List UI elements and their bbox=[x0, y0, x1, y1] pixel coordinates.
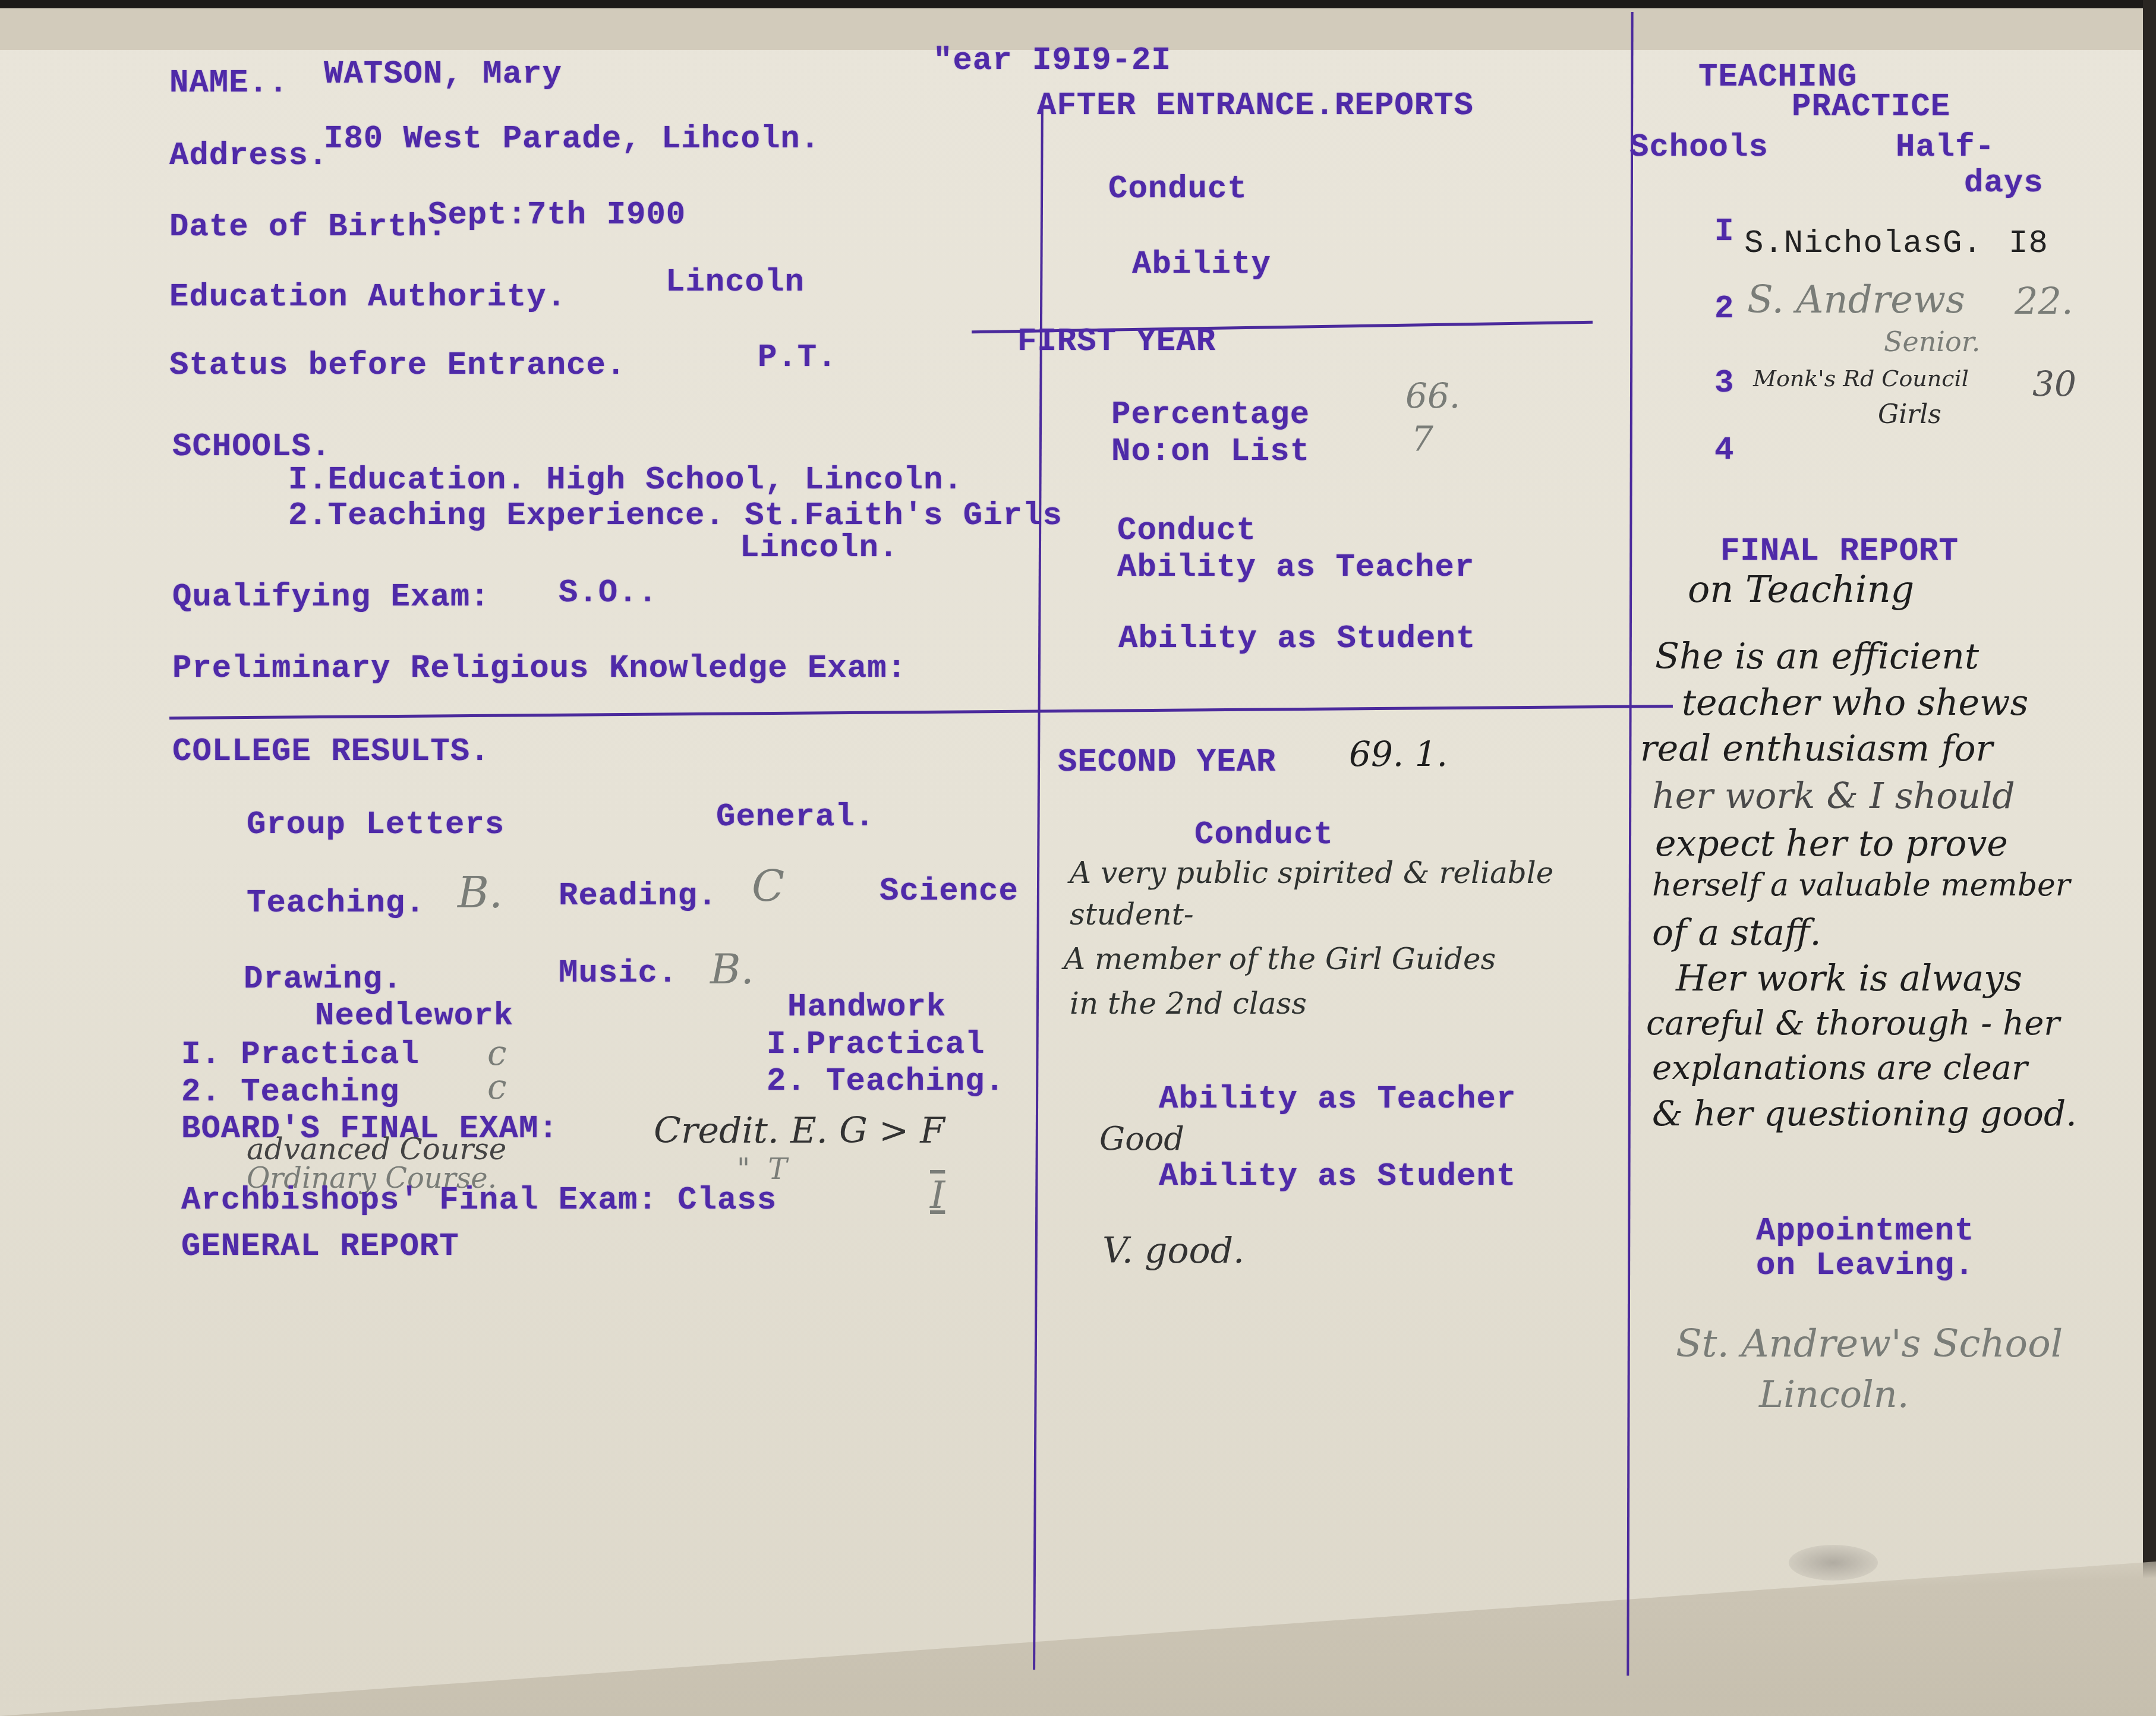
first-year-heading: FIRST YEAR bbox=[1017, 324, 1216, 360]
schools-column-label: Schools bbox=[1629, 130, 1769, 166]
group-letters-label: Group Letters bbox=[247, 807, 505, 843]
practice-row-1-school: S.NicholasG. bbox=[1744, 226, 1982, 262]
teaching-label: Teaching. bbox=[247, 885, 425, 922]
school-2-location: Lincoln. bbox=[740, 530, 899, 566]
photo-border-top bbox=[0, 0, 2156, 8]
needlework-teaching-grade: c bbox=[487, 1067, 506, 1107]
practice-row-4-num: 4 bbox=[1714, 433, 1734, 469]
first-year-student-label: Ability as Student bbox=[1118, 621, 1476, 657]
final-report-line: teacher who shews bbox=[1682, 682, 2028, 724]
name-value: WATSON, Mary bbox=[324, 56, 562, 93]
practice-row-1-num: I bbox=[1714, 214, 1734, 250]
final-report-line: She is an efficient bbox=[1655, 636, 1979, 677]
status-value: P.T. bbox=[758, 340, 837, 376]
handwork-label: Handwork bbox=[787, 989, 946, 1026]
needlework-practical-label: I. Practical bbox=[181, 1037, 420, 1073]
reading-label: Reading. bbox=[559, 878, 717, 914]
final-report-subheading: on Teaching bbox=[1688, 567, 1914, 611]
authority-value: Lincoln bbox=[666, 264, 805, 301]
prelim-religious-label: Preliminary Religious Knowledge Exam: bbox=[172, 651, 907, 687]
card-shadow bbox=[0, 1562, 2156, 1716]
practice-row-3-school: Monk's Rd Council bbox=[1753, 365, 1969, 392]
conduct-comment-line-1: A very public spirited & reliable bbox=[1070, 856, 1553, 890]
reading-grade: C bbox=[752, 862, 784, 911]
final-report-line: herself a valuable member bbox=[1652, 868, 2070, 903]
first-year-teacher-label: Ability as Teacher bbox=[1117, 550, 1474, 586]
list-value: 7 bbox=[1411, 419, 1433, 459]
final-report-line: expect her to prove bbox=[1655, 823, 2008, 865]
appointment-town: Lincoln. bbox=[1759, 1373, 1909, 1416]
after-entrance-ability-label: Ability bbox=[1132, 247, 1271, 283]
conduct-comment-line-2: student- bbox=[1070, 897, 1194, 932]
school-1: I.Education. High School, Lincoln. bbox=[288, 462, 963, 499]
after-entrance-heading: AFTER ENTRANCE.REPORTS bbox=[1037, 88, 1474, 124]
appointment-school: St. Andrew's School bbox=[1676, 1322, 2063, 1366]
authority-label: Education Authority. bbox=[169, 279, 566, 316]
teaching-grade: B. bbox=[458, 868, 503, 917]
practice-row-3-note: Girls bbox=[1878, 399, 1941, 430]
after-entrance-conduct-label: Conduct bbox=[1108, 171, 1247, 207]
second-year-student-value: V. good. bbox=[1102, 1230, 1244, 1272]
photo-border-right bbox=[2143, 0, 2156, 1716]
music-grade: B. bbox=[710, 945, 754, 993]
schools-label: SCHOOLS. bbox=[172, 429, 331, 465]
science-label: Science bbox=[880, 873, 1019, 910]
dob-value: Sept:7th I900 bbox=[428, 197, 686, 234]
second-year-conduct-label: Conduct bbox=[1194, 817, 1334, 853]
rule-college-results bbox=[169, 705, 1673, 720]
list-label: No:on List bbox=[1111, 434, 1310, 470]
second-year-teacher-value: Good bbox=[1099, 1120, 1184, 1157]
rule-right-column bbox=[1627, 12, 1633, 1676]
practice-row-2-days: 22. bbox=[2015, 279, 2073, 323]
first-year-conduct-label: Conduct bbox=[1117, 513, 1256, 549]
final-report-line: careful & thorough - her bbox=[1646, 1004, 2060, 1043]
practice-row-1-days: I8 bbox=[2009, 226, 2048, 262]
teaching-practice-heading-2: PRACTICE bbox=[1792, 89, 1950, 125]
practice-row-2-school: S. Andrews bbox=[1747, 278, 1965, 322]
qualifying-value: S.O.. bbox=[559, 575, 658, 611]
halfdays-column-label-1: Half- bbox=[1896, 130, 1995, 166]
conduct-comment-line-3: A member of the Girl Guides bbox=[1064, 942, 1496, 976]
music-label: Music. bbox=[559, 955, 677, 992]
general-label: General. bbox=[716, 799, 875, 835]
status-label: Status before Entrance. bbox=[169, 348, 626, 384]
school-2: 2.Teaching Experience. St.Faith's Girls bbox=[288, 498, 1063, 534]
percentage-value: 66. bbox=[1405, 376, 1460, 416]
year-range: "ear I9I9-2I bbox=[933, 43, 1171, 79]
needlework-teaching-label: 2. Teaching bbox=[181, 1074, 399, 1111]
ordinary-course-result: " T bbox=[737, 1153, 787, 1186]
dob-label: Date of Birth. bbox=[169, 209, 447, 245]
percentage-label: Percentage bbox=[1111, 397, 1310, 433]
archbishops-class: I bbox=[930, 1174, 945, 1217]
appointment-heading-1: Appointment bbox=[1756, 1213, 1974, 1250]
final-report-line: explanations are clear bbox=[1652, 1049, 2028, 1087]
second-year-student-label: Ability as Student bbox=[1159, 1159, 1516, 1195]
archbishops-label: Archbishops' Final Exam: Class bbox=[181, 1182, 777, 1219]
final-report-heading: FINAL REPORT bbox=[1720, 534, 1959, 570]
final-report-line: & her questioning good. bbox=[1652, 1093, 2077, 1134]
general-report-label: GENERAL REPORT bbox=[181, 1229, 459, 1265]
record-card: "ear I9I9-2I NAME.. WATSON, Mary Address… bbox=[0, 0, 2156, 1716]
college-results-heading: COLLEGE RESULTS. bbox=[172, 734, 490, 770]
name-label: NAME.. bbox=[169, 65, 288, 102]
needlework-label: Needlework bbox=[315, 998, 513, 1034]
final-report-line: of a staff. bbox=[1652, 912, 1821, 954]
qualifying-label: Qualifying Exam: bbox=[172, 579, 490, 616]
second-year-heading: SECOND YEAR bbox=[1058, 745, 1276, 781]
address-value: I80 West Parade, Lihcoln. bbox=[324, 121, 820, 157]
practice-row-3-num: 3 bbox=[1714, 365, 1734, 402]
advanced-course-result: Credit. E. G > F bbox=[654, 1110, 945, 1152]
handwork-practical-label: I.Practical bbox=[767, 1027, 985, 1063]
practice-row-3-days: 30 bbox=[2032, 364, 2076, 404]
appointment-heading-2: on Leaving. bbox=[1756, 1248, 1974, 1284]
final-report-line: Her work is always bbox=[1676, 958, 2022, 999]
handwork-teaching-label: 2. Teaching. bbox=[767, 1064, 1005, 1100]
final-report-line: real enthusiasm for bbox=[1640, 728, 1993, 769]
halfdays-column-label-2: days bbox=[1964, 165, 2044, 201]
practice-row-2-num: 2 bbox=[1714, 291, 1734, 327]
conduct-comment-line-4: in the 2nd class bbox=[1070, 986, 1307, 1021]
second-year-mark: 69. 1. bbox=[1349, 734, 1448, 774]
drawing-label: Drawing. bbox=[244, 961, 402, 998]
ink-smudge bbox=[1789, 1545, 1878, 1581]
practice-row-2-note: Senior. bbox=[1884, 326, 1980, 358]
final-report-line: her work & I should bbox=[1652, 775, 2015, 817]
address-label: Address. bbox=[169, 138, 328, 174]
second-year-teacher-label: Ability as Teacher bbox=[1159, 1081, 1516, 1118]
